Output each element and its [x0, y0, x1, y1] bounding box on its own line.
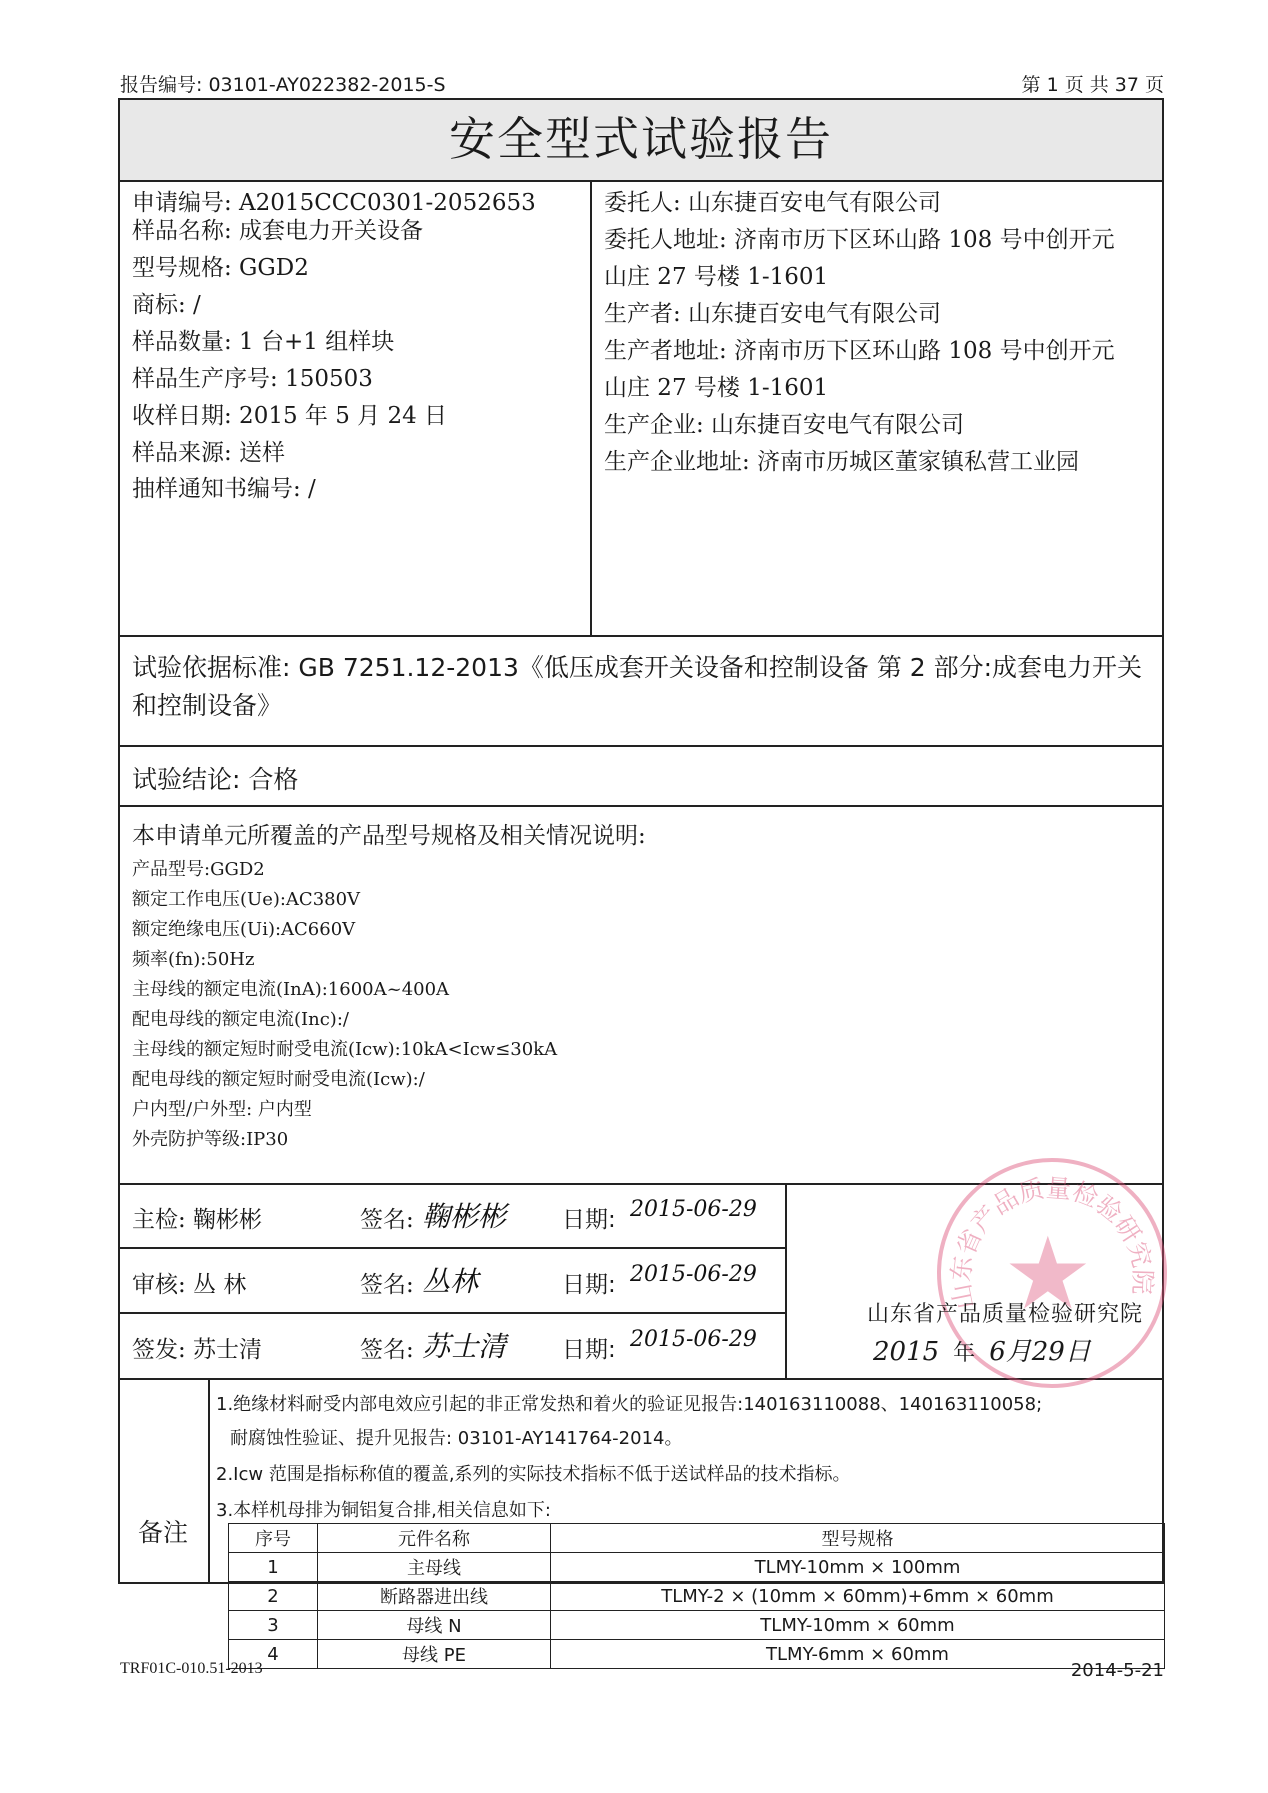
table-row: 1主母线TLMY-10mm × 100mm [229, 1553, 1165, 1582]
notes-body: 序号元件名称型号规格 1主母线TLMY-10mm × 100mm2断路器进出线T… [210, 1378, 1162, 1582]
table-cell: 1 [229, 1553, 318, 1582]
table-cell: 母线 PE [318, 1640, 551, 1669]
table-cell: TLMY-2 × (10mm × 60mm)+6mm × 60mm [551, 1582, 1165, 1611]
table-row: 4母线 PETLMY-6mm × 60mm [229, 1640, 1165, 1669]
table-row: 3母线 NTLMY-10mm × 60mm [229, 1611, 1165, 1640]
spec-item: 配电母线的额定电流(Inc):/ [132, 1005, 349, 1031]
issue-year: 2015 [873, 1337, 939, 1367]
spec-item: 额定绝缘电压(Ui):AC660V [132, 915, 355, 941]
spec-item: 主母线的额定短时耐受电流(Icw):10kA<Icw≤30kA [132, 1035, 557, 1061]
info-field: 生产企业: 山东捷百安电气有限公司 [604, 406, 964, 439]
table-cell: TLMY-10mm × 60mm [551, 1611, 1165, 1640]
table-header: 序号 [229, 1524, 318, 1553]
table-cell: 3 [229, 1611, 318, 1640]
info-field: 样品来源: 送样 [132, 434, 285, 467]
spec-item: 产品型号:GGD2 [132, 855, 265, 881]
signature-row: 签发: 苏士清签名:苏士清日期:2015-06-29 [120, 1313, 785, 1377]
note-line: 2.Icw 范围是指标称值的覆盖,系列的实际技术指标不低于送试样品的技术指标。 [216, 1460, 851, 1486]
issuer-block: 山东省产品质量检验研究院 ★ 山东省产品质量检验研究院 2015 年 6月29日 [787, 1183, 1162, 1380]
test-conclusion: 试验结论: 合格 [120, 745, 1162, 807]
info-field: 型号规格: GGD2 [132, 249, 309, 282]
page-header: 报告编号: 03101-AY022382-2015-S 第 1 页 共 37 页 [120, 70, 1164, 96]
standard-label: 试验依据标准: [132, 653, 290, 682]
note-line: 耐腐蚀性验证、提升见报告: 03101-AY141764-2014。 [230, 1424, 682, 1450]
spec-heading: 本申请单元所覆盖的产品型号规格及相关情况说明: [132, 817, 646, 850]
issue-month-day: 6月29日 [989, 1337, 1091, 1367]
notes-section: 备注 序号元件名称型号规格 1主母线TLMY-10mm × 100mm2断路器进… [120, 1378, 1162, 1582]
handwritten-date: 2015-06-29 [630, 1262, 757, 1287]
conclusion-label: 试验结论: [132, 765, 240, 794]
institute-name: 山东省产品质量检验研究院 [867, 1297, 1143, 1328]
date-label: 日期: [562, 1201, 616, 1234]
info-field: 委托人: 山东捷百安电气有限公司 [604, 184, 941, 217]
report-number-label: 报告编号: [120, 74, 202, 96]
busbar-table: 序号元件名称型号规格 1主母线TLMY-10mm × 100mm2断路器进出线T… [228, 1523, 1165, 1669]
date-label: 日期: [562, 1266, 616, 1299]
table-cell: 2 [229, 1582, 318, 1611]
note-line: 1.绝缘材料耐受内部电效应引起的非正常发热和着火的验证见报告:140163110… [216, 1390, 1042, 1416]
info-right-column: 委托人: 山东捷百安电气有限公司委托人地址: 济南市历下区环山路 108 号中创… [592, 180, 1162, 635]
handwritten-signature: 丛林 [422, 1260, 478, 1300]
report-title: 安全型式试验报告 [120, 100, 1162, 182]
table-cell: 断路器进出线 [318, 1582, 551, 1611]
spec-item: 额定工作电压(Ue):AC380V [132, 885, 360, 911]
notes-label: 备注 [120, 1378, 210, 1582]
info-field: 样品生产序号: 150503 [132, 360, 373, 393]
report-frame: 安全型式试验报告 申请编号: A2015CCC0301-2052653样品名称:… [118, 98, 1164, 1584]
signature-row: 主检: 鞠彬彬签名:鞠彬彬日期:2015-06-29 [120, 1183, 785, 1249]
issue-date: 2015 年 6月29日 [873, 1331, 1091, 1368]
report-number-value: 03101-AY022382-2015-S [208, 74, 445, 96]
signature-label: 签名: [360, 1266, 414, 1299]
table-cell: TLMY-10mm × 100mm [551, 1553, 1165, 1582]
info-field: 生产者: 山东捷百安电气有限公司 [604, 295, 941, 328]
test-standard: 试验依据标准: GB 7251.12-2013《低压成套开关设备和控制设备 第 … [120, 635, 1162, 747]
issue-year-suffix: 年 [953, 1341, 975, 1366]
page-info: 第 1 页 共 37 页 [1022, 70, 1164, 97]
table-cell: 母线 N [318, 1611, 551, 1640]
table-header: 型号规格 [551, 1524, 1165, 1553]
handwritten-signature: 鞠彬彬 [422, 1195, 506, 1235]
report-number: 报告编号: 03101-AY022382-2015-S [120, 70, 446, 97]
form-date: 2014-5-21 [1071, 1660, 1164, 1681]
handwritten-signature: 苏士清 [422, 1325, 506, 1365]
spec-section: 本申请单元所覆盖的产品型号规格及相关情况说明: 产品型号:GGD2额定工作电压(… [120, 805, 1162, 1185]
table-cell: 主母线 [318, 1553, 551, 1582]
info-left-column: 申请编号: A2015CCC0301-2052653样品名称: 成套电力开关设备… [120, 180, 592, 635]
signature-label: 签名: [360, 1331, 414, 1364]
info-field: 山庄 27 号楼 1-1601 [604, 258, 828, 291]
note-line: 3.本样机母排为铜铝复合排,相关信息如下: [216, 1496, 551, 1522]
info-field: 山庄 27 号楼 1-1601 [604, 369, 828, 402]
info-field: 收样日期: 2015 年 5 月 24 日 [132, 397, 447, 430]
signature-label: 签名: [360, 1201, 414, 1234]
signature-row: 审核: 丛 林签名:丛林日期:2015-06-29 [120, 1248, 785, 1314]
spec-item: 主母线的额定电流(InA):1600A~400A [132, 975, 449, 1001]
table-row: 2断路器进出线TLMY-2 × (10mm × 60mm)+6mm × 60mm [229, 1582, 1165, 1611]
spec-item: 户内型/户外型: 户内型 [132, 1095, 312, 1121]
spec-item: 频率(fn):50Hz [132, 945, 254, 971]
info-field: 委托人地址: 济南市历下区环山路 108 号中创开元 [604, 221, 1115, 254]
date-label: 日期: [562, 1331, 616, 1364]
handwritten-date: 2015-06-29 [630, 1197, 757, 1222]
info-field: 商标: / [132, 286, 201, 319]
signer-role: 签发: 苏士清 [132, 1331, 262, 1364]
info-field: 生产企业地址: 济南市历城区董家镇私营工业园 [604, 443, 1079, 476]
spec-item: 外壳防护等级:IP30 [132, 1125, 288, 1151]
table-header: 元件名称 [318, 1524, 551, 1553]
signer-role: 主检: 鞠彬彬 [132, 1201, 262, 1234]
conclusion-value: 合格 [248, 765, 298, 794]
info-field: 抽样通知书编号: / [132, 470, 316, 503]
form-code: TRF01C-010.51-2013 [120, 1660, 263, 1678]
signer-role: 审核: 丛 林 [132, 1266, 246, 1299]
info-field: 样品数量: 1 台+1 组样块 [132, 323, 394, 356]
info-field: 生产者地址: 济南市历下区环山路 108 号中创开元 [604, 332, 1115, 365]
signature-block: 主检: 鞠彬彬签名:鞠彬彬日期:2015-06-29审核: 丛 林签名:丛林日期… [120, 1183, 787, 1380]
handwritten-date: 2015-06-29 [630, 1327, 757, 1352]
info-section: 申请编号: A2015CCC0301-2052653样品名称: 成套电力开关设备… [120, 180, 1162, 637]
spec-item: 配电母线的额定短时耐受电流(Icw):/ [132, 1065, 425, 1091]
info-field: 样品名称: 成套电力开关设备 [132, 212, 423, 245]
